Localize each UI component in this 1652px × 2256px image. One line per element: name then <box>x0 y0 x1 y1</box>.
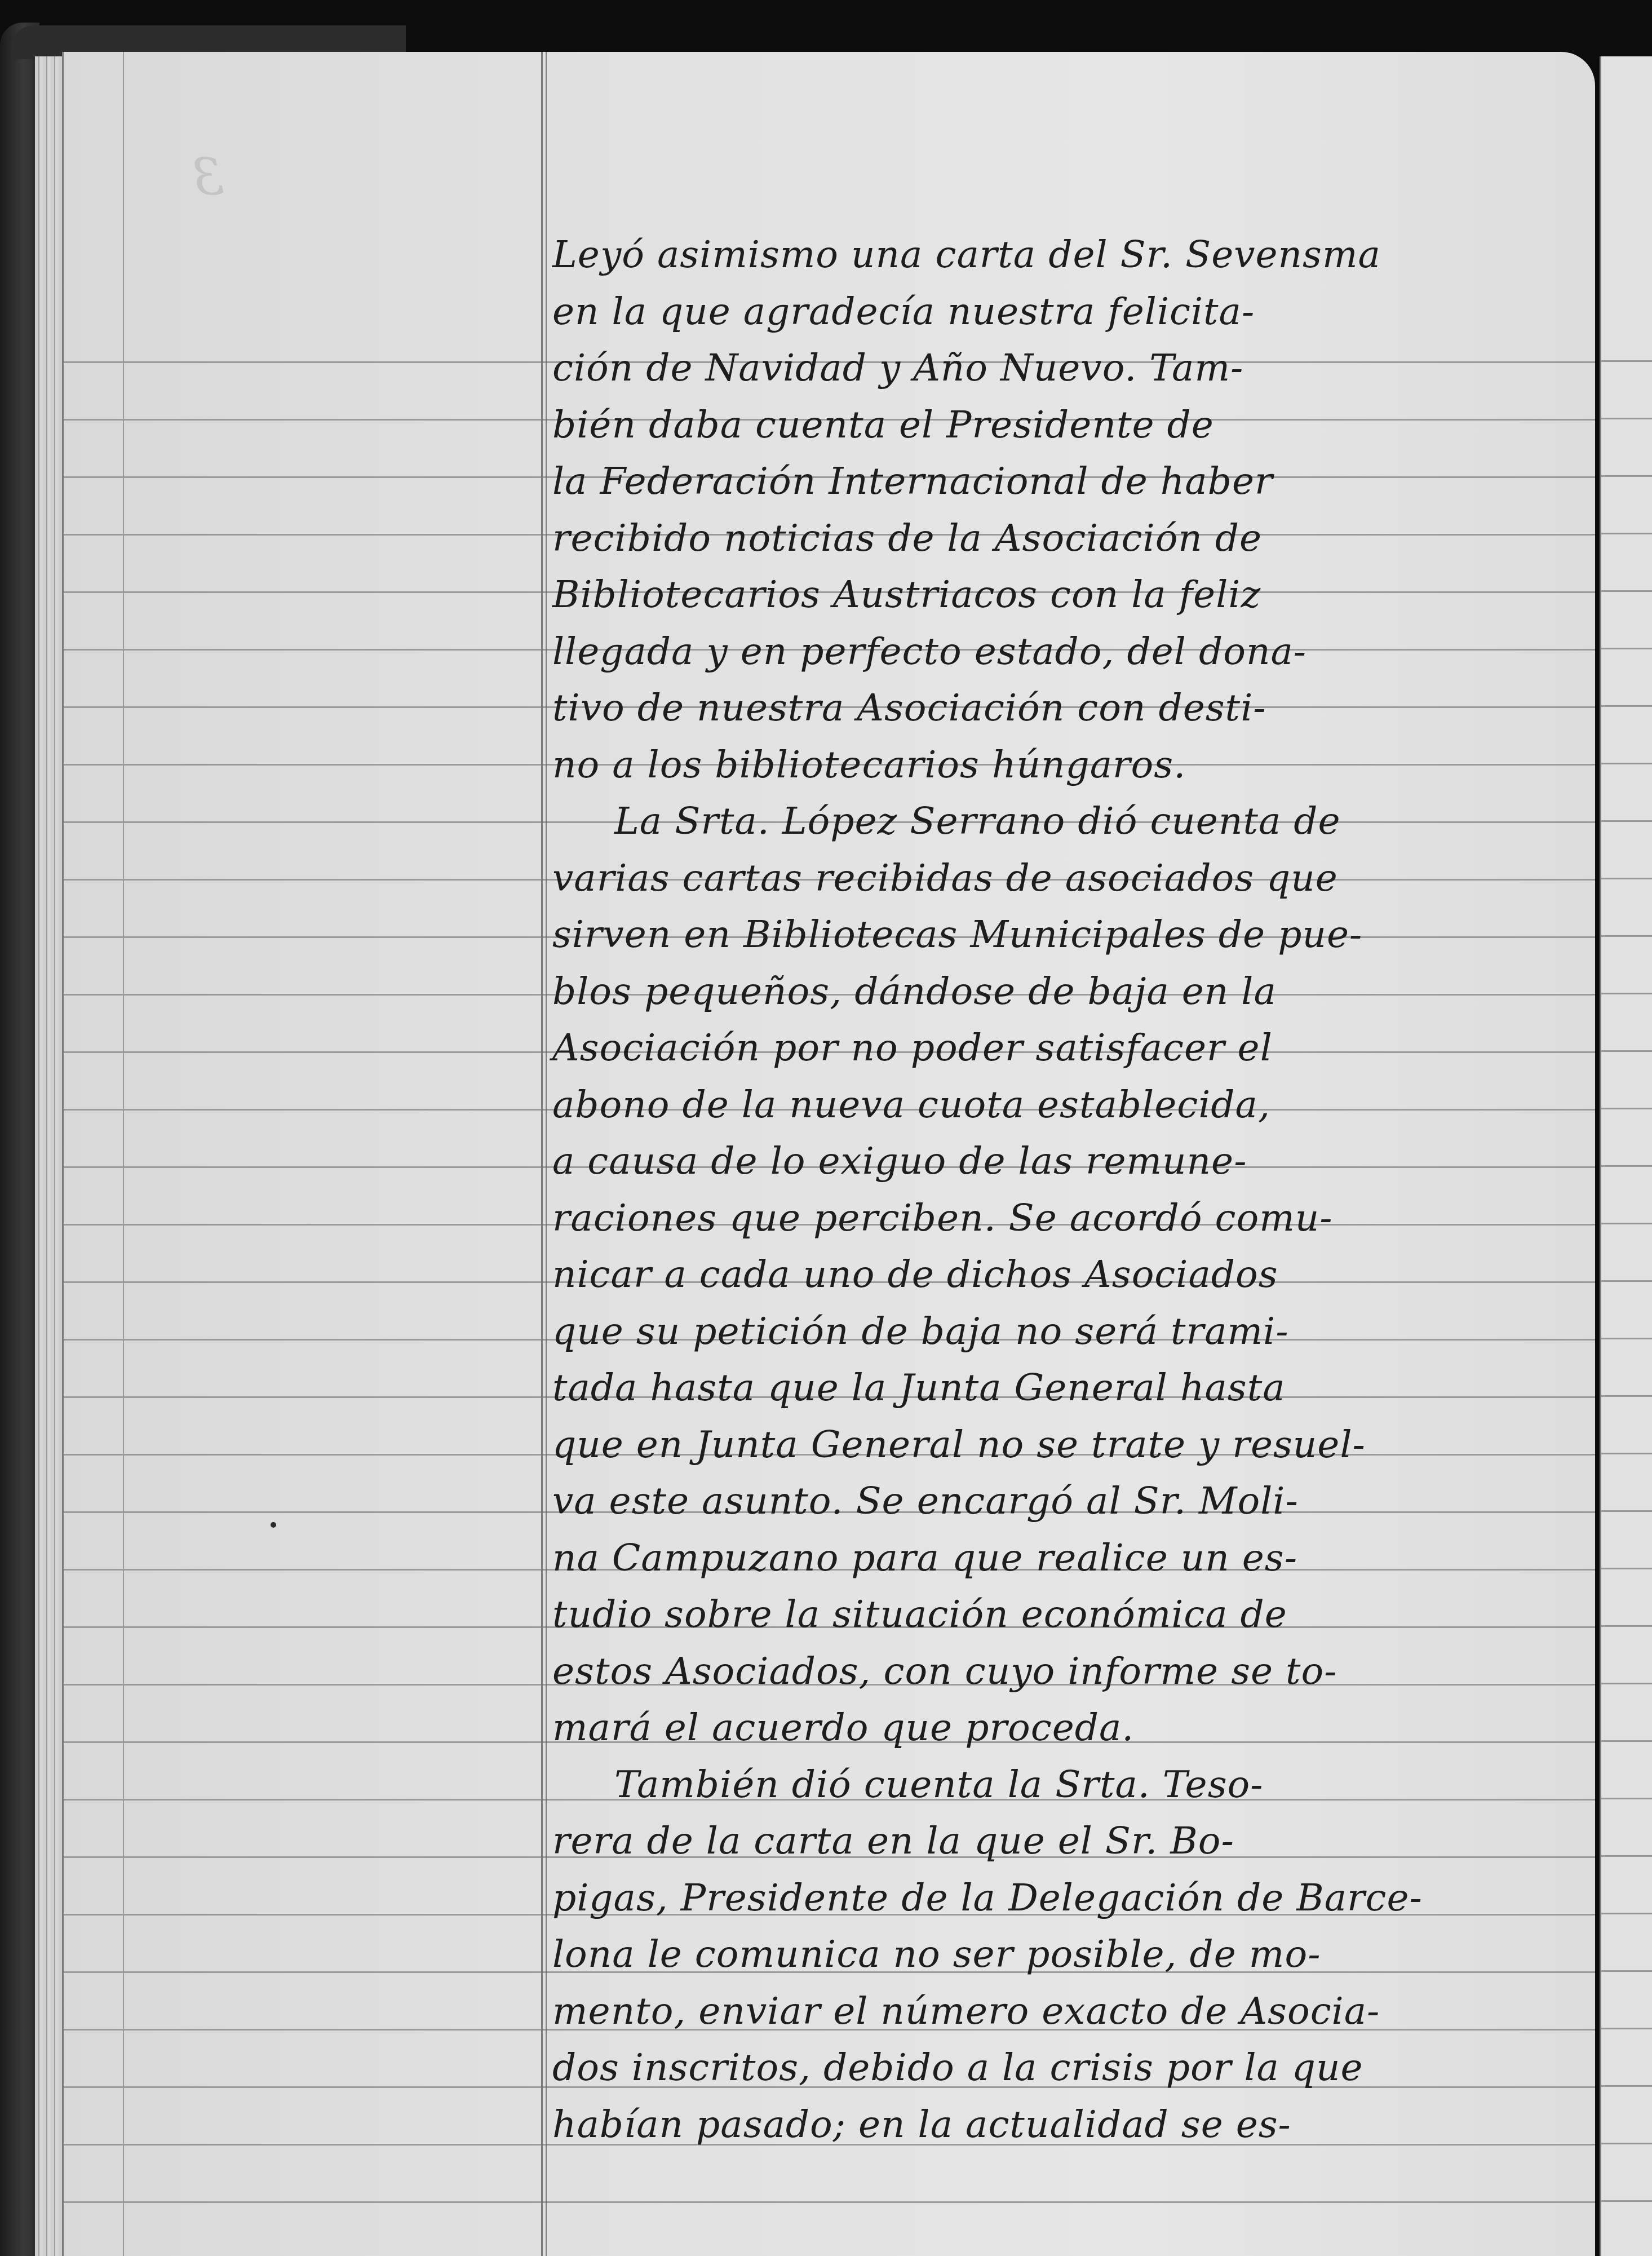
page-number-bleedthrough: 3 <box>192 148 224 207</box>
text-line: nicar a cada uno de dichos Asociados <box>552 1246 1589 1303</box>
text-line: Asociación por no poder satisfacer el <box>552 1020 1589 1077</box>
text-margin-rule <box>541 52 543 2256</box>
left-margin-rule <box>123 52 124 2256</box>
text-line: También dió cuenta la Srta. Teso- <box>552 1757 1589 1813</box>
text-line: pigas, Presidente de la Delegación de Ba… <box>552 1870 1589 1927</box>
text-line: va este asunto. Se encargó al Sr. Moli- <box>552 1473 1589 1530</box>
text-line: sirven en Bibliotecas Municipales de pue… <box>552 906 1589 963</box>
page-left-border <box>62 52 64 2256</box>
text-line: abono de la nueva cuota establecida, <box>552 1077 1589 1134</box>
adjacent-ruled-lines <box>1601 304 1652 2256</box>
text-line: que su petición de baja no será trami- <box>552 1303 1589 1360</box>
text-line: en la que agradecía nuestra felicita- <box>552 284 1589 340</box>
text-line: lona le comunica no ser posible, de mo- <box>552 1926 1589 1983</box>
text-line: a causa de lo exiguo de las remune- <box>552 1133 1589 1190</box>
text-line: no a los bibliotecarios húngaros. <box>552 737 1589 794</box>
ink-dot <box>271 1522 276 1528</box>
text-line: blos pequeños, dándose de baja en la <box>552 963 1589 1020</box>
text-line: mento, enviar el número exacto de Asocia… <box>552 1983 1589 2040</box>
text-line: que en Junta General no se trate y resue… <box>552 1417 1589 1474</box>
text-line: la Federación Internacional de haber <box>552 453 1589 510</box>
text-line: tada hasta que la Junta General hasta <box>552 1360 1589 1417</box>
text-line: Bibliotecarios Austriacos con la feliz <box>552 567 1589 623</box>
text-line: recibido noticias de la Asociación de <box>552 510 1589 567</box>
text-line: rera de la carta en la que el Sr. Bo- <box>552 1813 1589 1870</box>
text-line: na Campuzano para que realice un es- <box>552 1530 1589 1587</box>
text-line: Leyó asimismo una carta del Sr. Sevensma <box>552 227 1589 284</box>
text-line: varias cartas recibidas de asociados que <box>552 850 1589 907</box>
text-line: bién daba cuenta el Presidente de <box>552 397 1589 454</box>
text-line: La Srta. López Serrano dió cuenta de <box>552 793 1589 850</box>
adjacent-page-edge <box>1600 56 1652 2256</box>
text-line: dos inscritos, debido a la crisis por la… <box>552 2040 1589 2096</box>
text-line: mará el acuerdo que proceda. <box>552 1700 1589 1757</box>
text-line: ción de Navidad y Año Nuevo. Tam- <box>552 340 1589 397</box>
scanned-document: 3 Leyó asimismo una carta del Sr. Sevens… <box>0 0 1652 2256</box>
text-line: habían pasado; en la actualidad se es- <box>552 2096 1589 2153</box>
handwritten-text: Leyó asimismo una carta del Sr. Sevensma… <box>552 227 1589 2153</box>
text-margin-rule-inner <box>546 52 547 2256</box>
text-line: tivo de nuestra Asociación con desti- <box>552 680 1589 737</box>
text-line: tudio sobre la situación económica de <box>552 1586 1589 1643</box>
text-line: estos Asociados, con cuyo informe se to- <box>552 1643 1589 1700</box>
text-line: llegada y en perfecto estado, del dona- <box>552 623 1589 680</box>
book-binding <box>0 23 39 2256</box>
text-line: raciones que perciben. Se acordó comu- <box>552 1190 1589 1247</box>
